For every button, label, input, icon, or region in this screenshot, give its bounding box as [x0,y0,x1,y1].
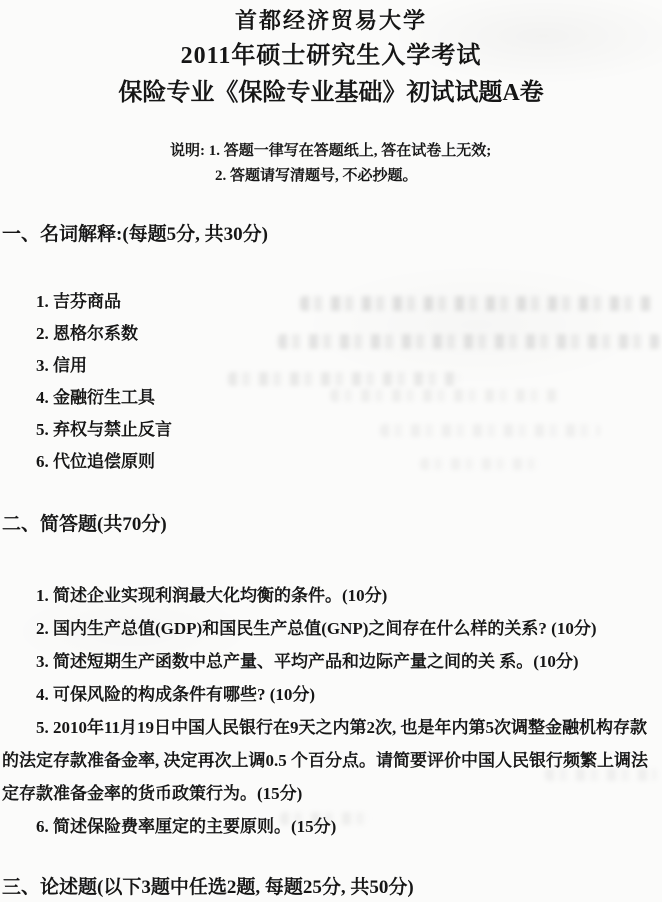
bleed-through-artifact [280,812,372,825]
exam-year-line: 2011年硕士研究生入学考试 [0,38,662,75]
section-term-definitions: 一、名词解释:(每题5分, 共30分) 1. 吉芬商品 2. 恩格尔系数 3. … [0,222,662,478]
bleed-through-artifact [545,768,657,781]
question-item: 3. 简述短期生产函数中总产量、平均产品和边际产量之间的关 系。(10分) [0,645,662,678]
bleed-through-artifact [330,389,560,402]
section-heading: 二、简答题(共70分) [2,512,662,538]
section-heading: 三、论述题(以下3题中任选2题, 每题25分, 共50分) [2,875,662,901]
section-short-answer: 二、简答题(共70分) 1. 简述企业实现利润最大化均衡的条件。(10分) 2.… [0,512,662,843]
exam-subject-line: 保险专业《保险专业基础》初试试题A卷 [0,75,662,112]
exam-paper-page: 首都经济贸易大学 2011年硕士研究生入学考试 保险专业《保险专业基础》初试试题… [0,0,662,902]
bleed-through-artifact [300,296,652,311]
instruction-line-2: 2. 答题请写清题号, 不必抄题。 [170,164,662,189]
exam-title-block: 首都经济贸易大学 2011年硕士研究生入学考试 保险专业《保险专业基础》初试试题… [0,0,662,112]
instruction-line-1: 说明: 1. 答题一律写在答题纸上, 答在试卷上无效; [170,139,662,164]
question-item: 4. 可保风险的构成条件有哪些? (10分) [0,678,662,711]
bleed-through-artifact [420,458,540,470]
question-item: 1. 简述企业实现利润最大化均衡的条件。(10分) [0,579,662,612]
question-item: 5. 2010年11月19日中国人民银行在9天之内第2次, 也是年内第5次调整金… [0,711,662,744]
university-name: 首都经济贸易大学 [0,3,662,38]
question-item-continuation: 定存款准备金率的货币政策行为。(15分) [0,777,662,810]
section-essay: 三、论述题(以下3题中任选2题, 每题25分, 共50分) [0,875,662,901]
bleed-through-artifact [278,334,660,349]
question-list: 1. 简述企业实现利润最大化均衡的条件。(10分) 2. 国内生产总值(GDP)… [0,579,662,843]
exam-instructions: 说明: 1. 答题一律写在答题纸上, 答在试卷上无效; 2. 答题请写清题号, … [170,139,662,189]
question-item: 6. 代位追偿原则 [0,446,662,478]
bleed-through-artifact [380,424,600,437]
question-item: 2. 国内生产总值(GDP)和国民生产总值(GNP)之间存在什么样的关系? (1… [0,612,662,645]
section-heading: 一、名词解释:(每题5分, 共30分) [2,222,662,248]
bleed-through-artifact [228,372,460,386]
